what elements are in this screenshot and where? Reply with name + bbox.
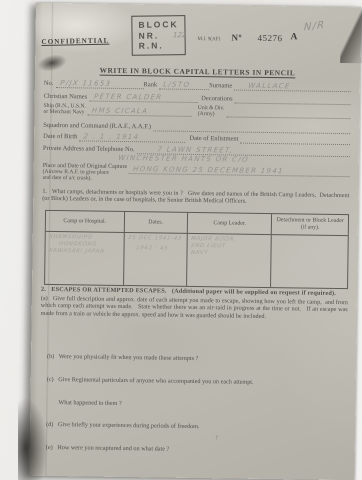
dates-entry-2: 1943 - 45	[127, 242, 185, 253]
capture-field: HONG KONG 25 DECEMBER 1941	[129, 164, 350, 177]
photo-corner-shadow-top-right	[340, 5, 362, 63]
table-cell-leader: MAJOR BOON. 2ND LIEUT NAVY	[187, 234, 272, 287]
row-capture: Place and Date of Original Capture (Airc…	[42, 163, 349, 186]
form-reference: M.I. 9(AF)	[197, 36, 220, 42]
block-number-pencil: 122	[173, 31, 187, 39]
no-label: No.	[44, 80, 56, 88]
rank-field: L/STO	[159, 80, 209, 90]
dob-value: 2 . 1 . 1914	[83, 132, 140, 141]
unit-div-field	[226, 109, 350, 120]
form-heading: WRITE IN BLOCK CAPITAL LETTERS IN PENCIL	[35, 65, 360, 79]
address-value-line1: 7 LAWN STREET,	[157, 145, 234, 154]
surname-field: WALLACE	[234, 82, 351, 93]
section-2-item-c2: What happened to them ?	[58, 399, 346, 410]
address-value-line2: WINCHESTER HANTS OR C/O	[118, 154, 249, 164]
serial-no-label: Nº	[231, 32, 242, 42]
decorations-label: Decorations	[197, 95, 235, 104]
table-cell-camp: SHAMSHUIPO HONGKONG KAWASAKI JAPAN	[45, 232, 124, 285]
capture-value: HONG KONG 25 DECEMBER 1941	[133, 165, 285, 175]
section-2-item-e: (e) How were you recaptured and on what …	[46, 444, 346, 456]
block-stamp-line1: BLOCK	[138, 19, 178, 30]
block-stamp-line2: NR. 122	[138, 30, 178, 41]
surname-value: WALLACE	[248, 82, 291, 91]
section-2-item-c: (c) Give Regimental particulars of anyon…	[47, 376, 347, 388]
camp-entry-3: KAWASAKI JAPAN	[48, 248, 120, 256]
rank-value: L/STO	[163, 81, 191, 89]
table-header-leader: Camp Leader.	[188, 213, 273, 235]
table-cell-dates: 25 DEC 1941-43 1943 - 45	[124, 233, 188, 286]
rank-label: Rank	[143, 81, 159, 89]
question-1-text: 1. What camps, detachments or hospitals …	[42, 188, 349, 207]
capture-label: Place and Date of Original Capture (Airc…	[42, 163, 129, 183]
ship-field: HMS CICALA	[88, 107, 192, 117]
scanned-pow-form: CONFIDENTIAL BLOCK NR. 122 R.N. M.I. 9(A…	[29, 3, 361, 480]
table-header-block-leader: Detachment or Block Leader (if any).	[272, 214, 348, 236]
ship-value: HMS CICALA	[92, 107, 149, 116]
block-nr-rn-stamp: BLOCK NR. 122 R.N.	[131, 15, 186, 55]
dob-label: Date of Birth	[43, 133, 79, 142]
table-header-camp: Camp or Hospital.	[46, 211, 125, 233]
series-letter: A	[290, 32, 297, 42]
table-cell-block-leader	[272, 235, 348, 288]
squadron-label: Squadron and Command (R.A.F., A.A.F.)	[43, 122, 153, 132]
no-field: P/JX 11653	[55, 79, 143, 89]
section-2-item-a: (a) Give full description and approx. da…	[41, 295, 348, 322]
block-stamp-line3: R.N.	[139, 40, 179, 51]
christian-names-field: PETER CALDER	[89, 93, 197, 104]
table-header-dates: Dates.	[124, 212, 188, 234]
serial-number: 45276	[257, 33, 282, 43]
confidential-stamp: CONFIDENTIAL	[41, 37, 109, 46]
row-number-rank-surname: No. P/JX 11653 Rank L/STO Surname WALLAC…	[44, 79, 351, 92]
unit-div-label: Unit & Div. (Army)	[192, 105, 227, 118]
surname-label: Surname	[209, 82, 234, 90]
christian-names-value: PETER CALDER	[93, 93, 162, 102]
ship-label: Ship (R.N., U.S.N. or Merchant Navy	[43, 103, 87, 116]
squadron-field	[153, 122, 350, 134]
no-value: P/JX 11653	[59, 79, 111, 88]
block-leader-entry-1	[275, 237, 344, 238]
section-2-item-b: (b) Were you physically fit when you mad…	[47, 353, 347, 365]
row-dob-enlistment: Date of Birth 2 . 1 . 1914 Date of Enlis…	[43, 132, 350, 145]
decorations-field	[235, 95, 351, 106]
pencil-nr-note: N/R	[304, 22, 326, 33]
leader-entry-3: NAVY	[190, 250, 268, 258]
row-ship-unit: Ship (R.N., U.S.N. or Merchant Navy HMS …	[43, 103, 350, 120]
enlistment-label: Date of Enlistment	[185, 135, 240, 144]
camps-table: Camp or Hospital. Dates. Camp Leader. De…	[44, 210, 349, 289]
dob-field: 2 . 1 . 1914	[79, 132, 185, 142]
stray-pencil-mark: t	[215, 434, 220, 442]
christian-names-label: Christian Names	[44, 93, 90, 102]
enlistment-field	[240, 135, 350, 146]
section-2-item-d: (d) Give briefly your experiences during…	[46, 421, 346, 433]
